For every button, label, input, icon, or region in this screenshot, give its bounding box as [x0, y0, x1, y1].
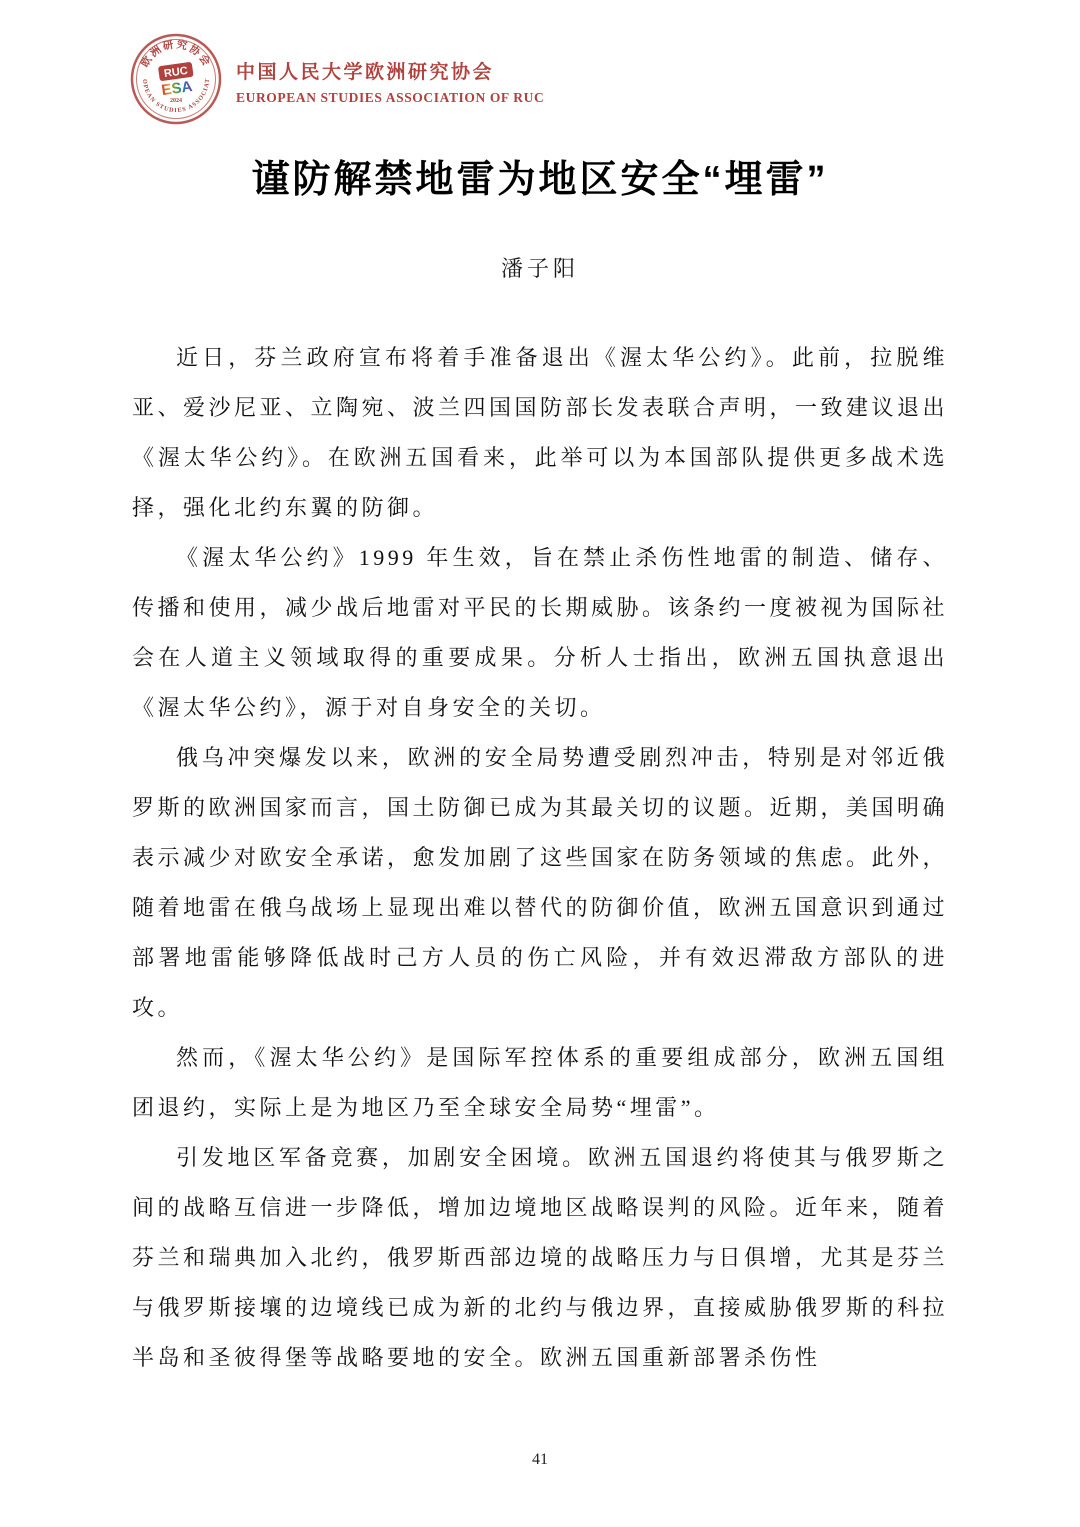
article-paragraph: 然而，《渥太华公约》是国际军控体系的重要组成部分，欧洲五国组团退约，实际上是为地… — [132, 1033, 948, 1133]
article-paragraph: 近日，芬兰政府宣布将着手准备退出《渥太华公约》。此前，拉脱维亚、爱沙尼亚、立陶宛… — [132, 333, 948, 533]
org-name-zh: 中国人民大学欧洲研究协会 — [236, 57, 544, 84]
article-paragraph: 引发地区军备竞赛，加剧安全困境。欧洲五国退约将使其与俄罗斯之间的战略互信进一步降… — [132, 1133, 948, 1383]
org-names: 中国人民大学欧洲研究协会 EUROPEAN STUDIES ASSOCIATIO… — [236, 53, 544, 106]
page-number: 41 — [0, 1451, 1080, 1469]
article-body: 近日，芬兰政府宣布将着手准备退出《渥太华公约》。此前，拉脱维亚、爱沙尼亚、立陶宛… — [132, 333, 948, 1383]
org-name-en: EUROPEAN STUDIES ASSOCIATION OF RUC — [236, 90, 544, 106]
seal-year: 2024 — [170, 98, 182, 104]
article-paragraph: 《渥太华公约》1999 年生效，旨在禁止杀伤性地雷的制造、储存、传播和使用，减少… — [132, 533, 948, 733]
article-author: 潘子阳 — [0, 252, 1080, 283]
article-paragraph: 俄乌冲突爆发以来，欧洲的安全局势遭受剧烈冲击，特别是对邻近俄罗斯的欧洲国家而言，… — [132, 733, 948, 1033]
seal-esa-label: ESA — [160, 78, 193, 99]
article-title: 谨防解禁地雷为地区安全“埋雷” — [0, 148, 1080, 203]
page-header: 欧洲研究协会 EUROPEAN STUDIES ASSOCIATION RUC … — [130, 33, 544, 125]
document-page: 欧洲研究协会 EUROPEAN STUDIES ASSOCIATION RUC … — [0, 0, 1080, 1527]
org-seal-icon: 欧洲研究协会 EUROPEAN STUDIES ASSOCIATION RUC … — [130, 33, 222, 125]
